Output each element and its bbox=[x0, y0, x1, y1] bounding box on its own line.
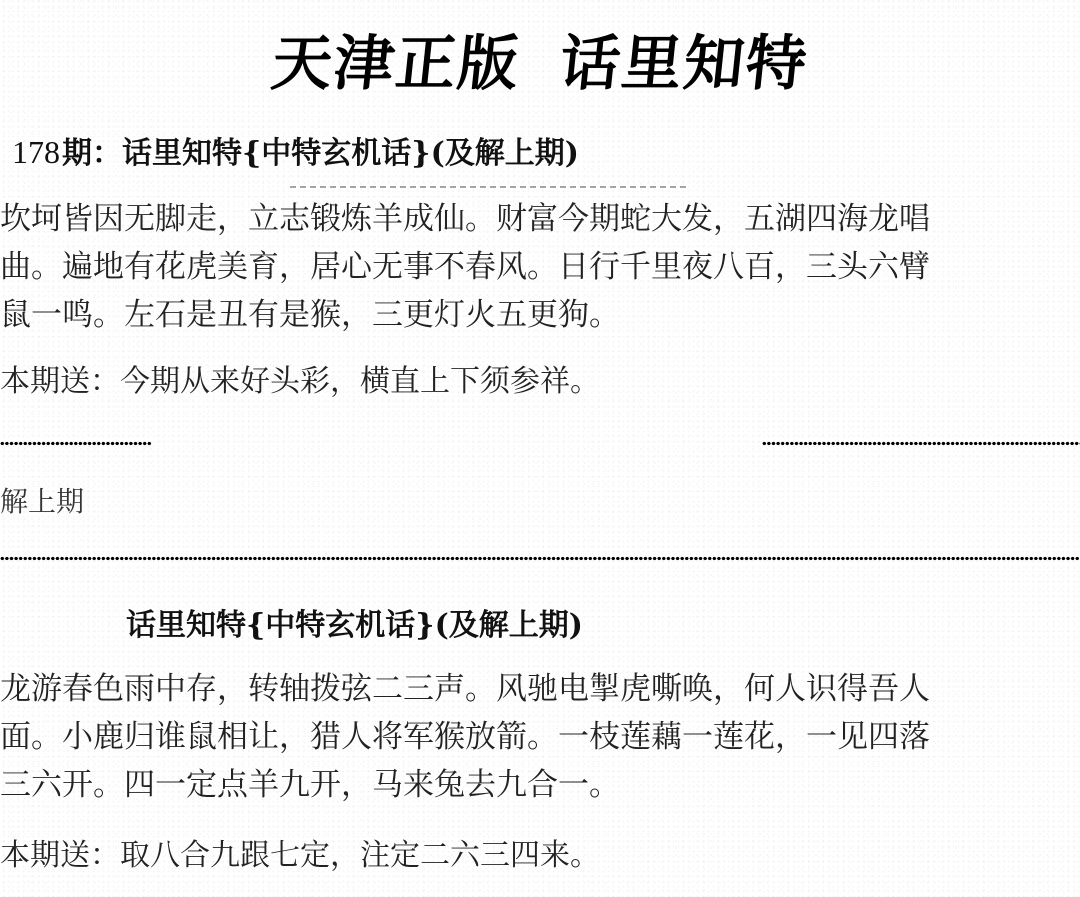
dotted-divider-right bbox=[762, 441, 1080, 446]
previous-issue-heading: 话里知特{中特玄机话}(及解上期) bbox=[126, 606, 583, 646]
title-part-1: 天津正版 bbox=[268, 29, 523, 99]
issue-heading-text: 期：话里知特{中特玄机话}(及解上期) bbox=[62, 136, 579, 171]
poem-line: 三六开。四一定点羊九开，马来兔去九合一。 bbox=[0, 761, 1080, 809]
poem-line: 龙游春色雨中存，转轴拨弦二三声。风驰电掣虎嘶唤，何人识得吾人 bbox=[0, 665, 1080, 713]
previous-issue-label: 解上期 bbox=[0, 482, 84, 522]
current-issue-poem: 坎坷皆因无脚走，立志锻炼羊成仙。财富今期蛇大发，五湖四海龙唱 曲。遍地有花虎美育… bbox=[0, 195, 1080, 339]
poem-line: 曲。遍地有花虎美育，居心无事不春风。日行千里夜八百，三头六臂 bbox=[0, 243, 1080, 291]
dotted-divider-left bbox=[0, 441, 152, 446]
poem-line: 鼠一鸣。左石是丑有是猴，三更灯火五更狗。 bbox=[0, 291, 1080, 339]
faint-scan-artifact bbox=[290, 186, 690, 188]
previous-issue-poem: 龙游春色雨中存，转轴拨弦二三声。风驰电掣虎嘶唤，何人识得吾人 面。小鹿归谁鼠相让… bbox=[0, 665, 1080, 809]
dotted-divider-full bbox=[0, 556, 1080, 561]
document-title: 天津正版话里知特 bbox=[0, 24, 1080, 104]
previous-issue-gift: 本期送：取八合九跟七定，注定二六三四来。 bbox=[0, 836, 600, 876]
issue-number: 178 bbox=[12, 134, 60, 170]
current-issue-heading: 178期：话里知特{中特玄机话}(及解上期) bbox=[12, 132, 579, 174]
current-issue-gift: 本期送：今期从来好头彩，横直上下须参祥。 bbox=[0, 362, 600, 402]
title-part-2: 话里知特 bbox=[556, 29, 811, 99]
poem-line: 面。小鹿归谁鼠相让，猎人将军猴放箭。一枝莲藕一莲花，一见四落 bbox=[0, 713, 1080, 761]
poem-line: 坎坷皆因无脚走，立志锻炼羊成仙。财富今期蛇大发，五湖四海龙唱 bbox=[0, 195, 1080, 243]
